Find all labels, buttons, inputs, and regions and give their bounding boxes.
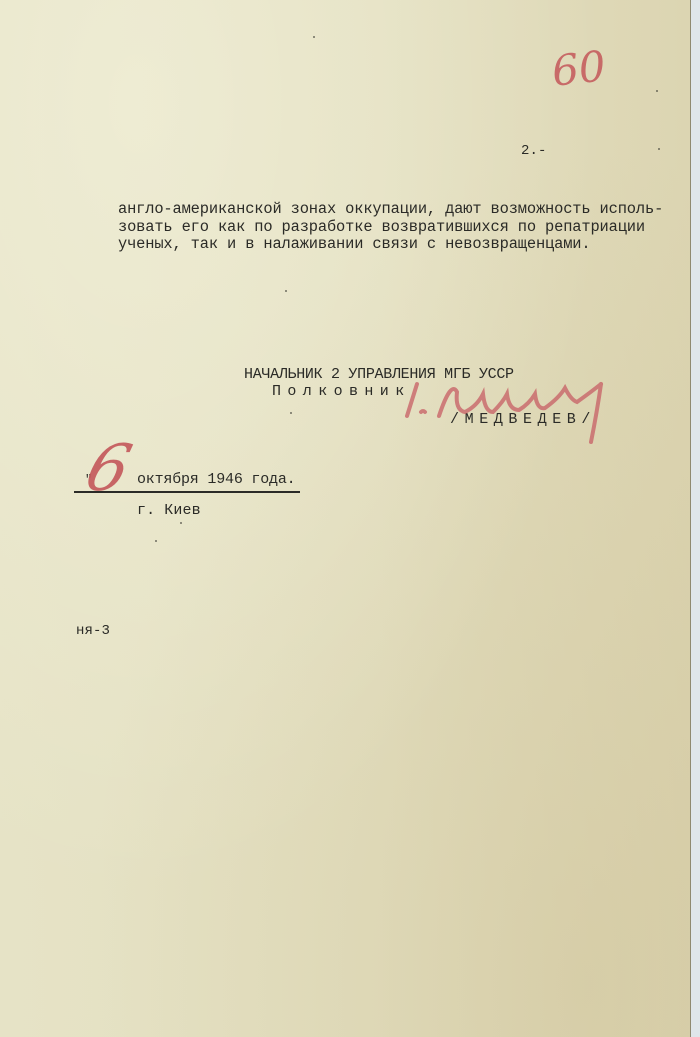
- paper-speck: [290, 412, 292, 414]
- paper-speck: [658, 148, 660, 150]
- body-line: англо-американской зонах оккупации, дают…: [118, 201, 663, 219]
- body-line: зовать его как по разработке возвративши…: [118, 219, 663, 237]
- body-line: ученых, так и в налаживании связи с нево…: [118, 236, 663, 254]
- paper-speck: [155, 540, 157, 542]
- city: г. Киев: [137, 502, 201, 519]
- signatory-rank: Полковник: [272, 383, 411, 400]
- archive-page-number: 60: [550, 41, 608, 95]
- date-day-handwritten: 6: [78, 432, 139, 506]
- document-page: 60 2.- англо-американской зонах оккупаци…: [0, 0, 691, 1037]
- date-text: октября 1946 года.: [137, 471, 295, 488]
- paper-speck: [313, 36, 315, 38]
- paper-speck: [285, 290, 287, 292]
- signatory-title: НАЧАЛЬНИК 2 УПРАВЛЕНИЯ МГБ УССР: [244, 366, 514, 383]
- paper-speck: [180, 522, 182, 524]
- paper-speck: [656, 90, 658, 92]
- date-underline: [74, 491, 300, 493]
- page-number: 2.-: [521, 143, 547, 159]
- body-text: англо-американской зонах оккупации, дают…: [118, 201, 663, 254]
- signatory-name: /МЕДВЕДЕВ/: [450, 411, 596, 428]
- typist-initials: ня-3: [76, 623, 110, 639]
